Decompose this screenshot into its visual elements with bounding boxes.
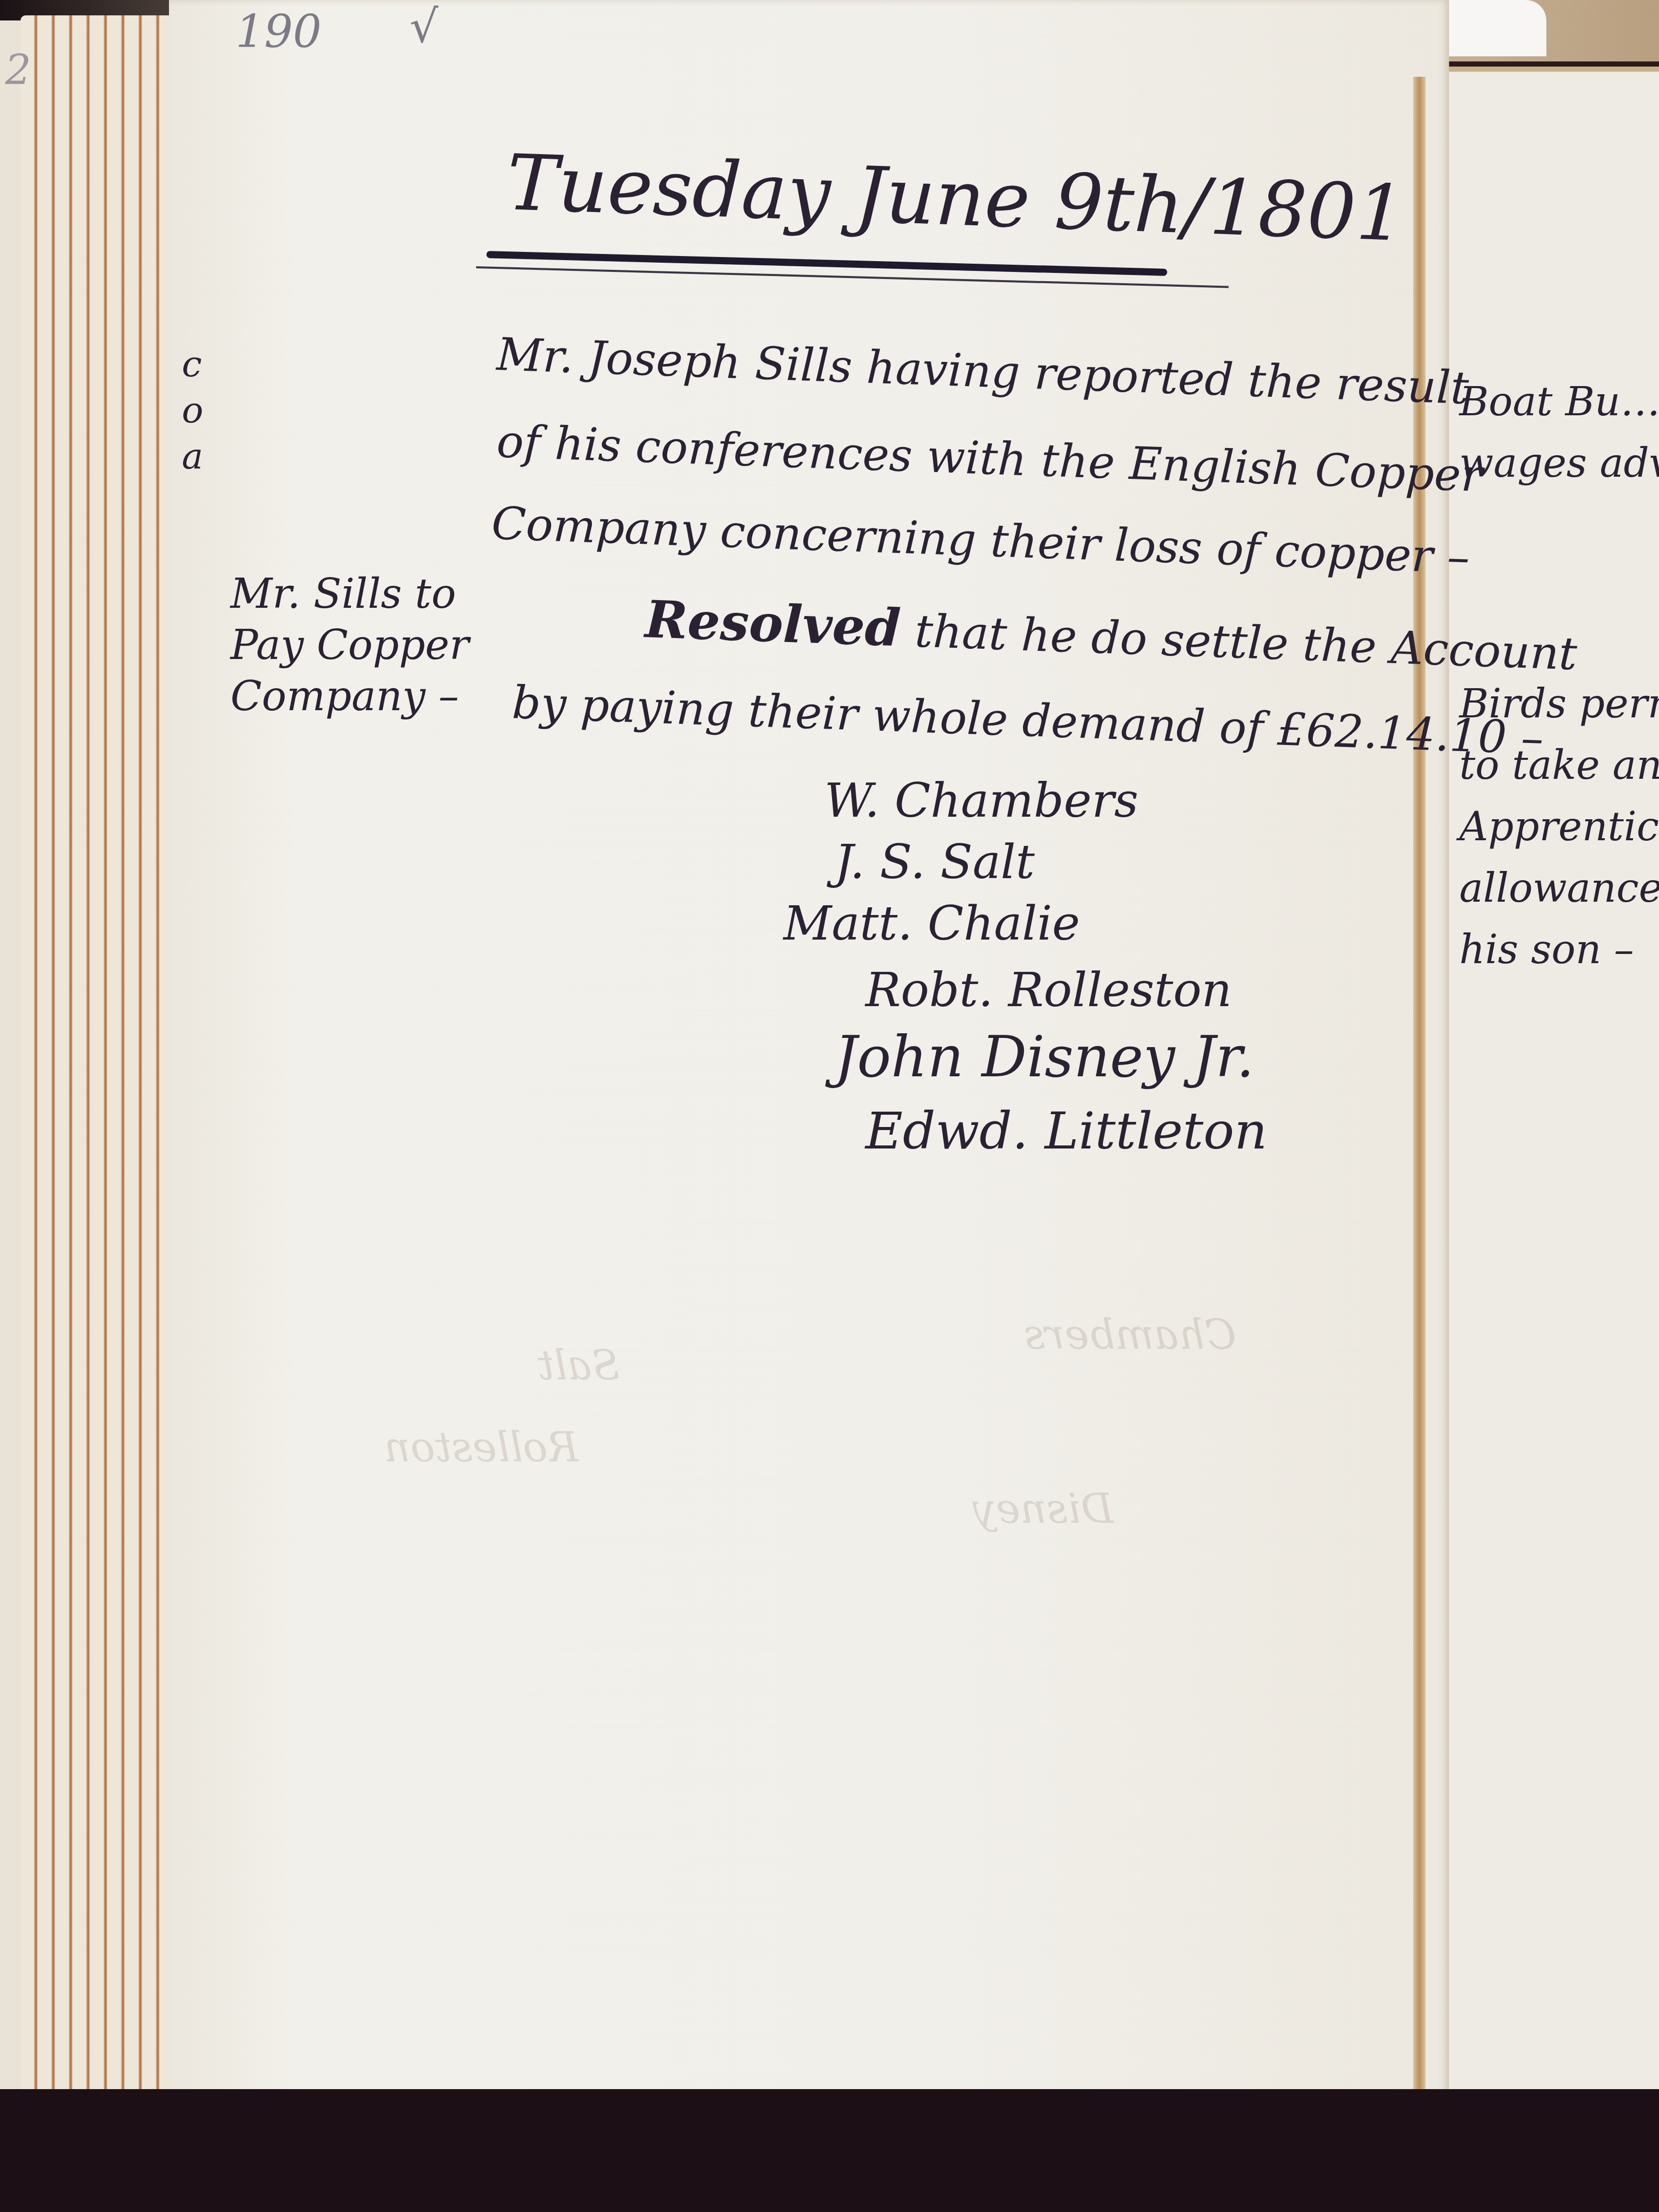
spine-fragment: o	[182, 389, 203, 431]
resolved-keyword: Resolved	[644, 589, 902, 658]
signature: Matt. Chalie	[783, 896, 1080, 951]
background-bottom	[0, 2089, 1659, 2212]
page-tab	[1444, 0, 1546, 56]
spine-fragment: a	[182, 435, 203, 477]
signature: J. S. Salt	[835, 835, 1035, 889]
facing-page-note: to take an…	[1459, 742, 1659, 789]
facing-page-note: Birds perm…	[1459, 681, 1659, 727]
margin-note: Mr. Sills to Pay Copper Company –	[230, 568, 469, 722]
check-mark: √	[410, 0, 438, 53]
facing-page-note: Boat Bu…	[1459, 379, 1659, 425]
manuscript-page	[169, 0, 1449, 2123]
spine-fragment: c	[182, 343, 202, 385]
bleed-through-text: Salt	[538, 1342, 620, 1389]
bleed-through-text: Rolleston	[384, 1423, 579, 1471]
signature: W. Chambers	[824, 773, 1138, 828]
bleed-through-text: Disney	[973, 1485, 1114, 1533]
facing-page-note: allowance f…	[1459, 865, 1659, 911]
signature: Robt. Rolleston	[865, 963, 1232, 1017]
facing-page-note: Apprentices	[1459, 804, 1659, 850]
facing-page-note: wages adv…	[1459, 440, 1659, 486]
signature: Edwd. Littleton	[865, 1101, 1267, 1161]
bleed-through-text: Chambers	[1024, 1311, 1236, 1358]
page-number: 190	[236, 5, 322, 58]
previous-page-number: 2	[5, 46, 31, 94]
signature: John Disney Jr.	[835, 1024, 1254, 1090]
facing-page-note: his son –	[1459, 927, 1634, 973]
